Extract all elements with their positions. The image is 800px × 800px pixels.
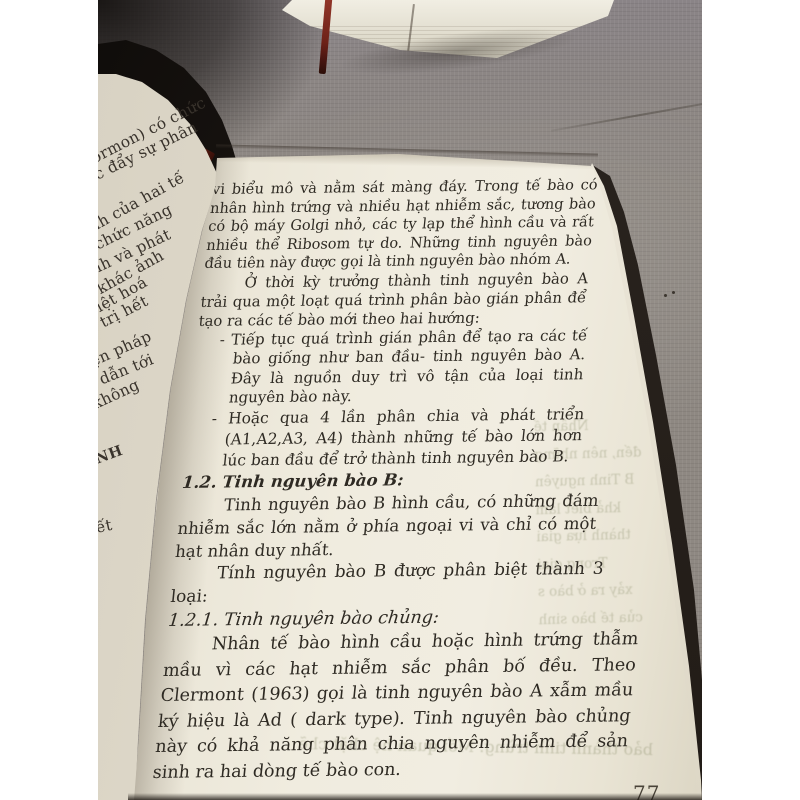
- bullet-item: - Hoặc qua 4 lần phân chia và phát triển…: [183, 404, 585, 472]
- paragraph: vi biểu mô và nằm sát màng đáy. Trong tế…: [204, 176, 599, 274]
- paragraph: Tinh nguyên bào B hình cầu, có những đám…: [174, 489, 600, 563]
- photo-area: Nhân tếđến, nên nhữngB Tinh nguyênkhả bi…: [98, 0, 702, 800]
- paragraph: Tính nguyên bào B được phân biệt thành 3…: [169, 558, 604, 609]
- bullet-item: - Tiếp tục quá trình gián phân để tạo ra…: [190, 326, 588, 409]
- photo-of-open-book: Nhân tếđến, nên nhữngB Tinh nguyênkhả bi…: [0, 0, 800, 800]
- paragraph: Nhân tế bào hình cầu hoặc hình trứng thẫ…: [151, 627, 639, 786]
- page-text: vi biểu mô và nằm sát màng đáy. Trong tế…: [151, 176, 598, 786]
- fabric-speck: [672, 291, 675, 294]
- book-bottom-edge-shadow: [128, 793, 702, 800]
- white-margin-right: [702, 0, 800, 800]
- paragraph: Ở thời kỳ trưởng thành tinh nguyên bào A…: [198, 269, 589, 331]
- white-margin-left: [0, 0, 98, 800]
- fabric-seam: [551, 102, 702, 131]
- fabric-speck: [664, 294, 667, 297]
